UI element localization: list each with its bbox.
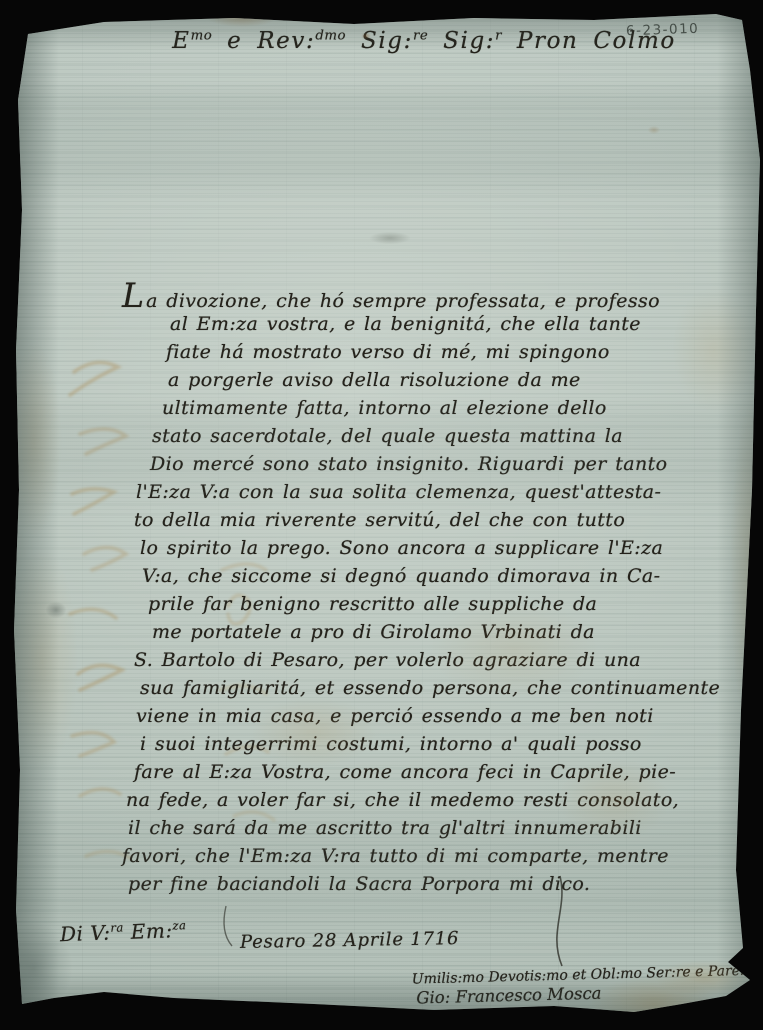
- letter-line: lo spirito la prego. Sono ancora a suppl…: [140, 534, 750, 562]
- letter-line: fare al E:za Vostra, come ancora feci in…: [134, 758, 750, 786]
- letter-line: fiate há mostrato verso di mé, mi spingo…: [166, 338, 750, 366]
- paper-sheet: 6-23-010 Emo e Rev:dmo Sig:re Sig:r Pron…: [14, 10, 762, 1022]
- heading-part: Pron Colmo: [502, 28, 676, 54]
- scanned-letter-page: 6-23-010 Emo e Rev:dmo Sig:re Sig:r Pron…: [0, 0, 763, 1030]
- letter-line: stato sacerdotale, del quale questa matt…: [152, 422, 750, 450]
- letter-line: l'E:za V:a con la sua solita clemenza, q…: [136, 478, 750, 506]
- heading-superscript: dmo: [315, 28, 346, 43]
- heading-superscript: mo: [191, 28, 213, 43]
- letter-heading: Emo e Rev:dmo Sig:re Sig:r Pron Colmo: [144, 28, 704, 54]
- closing-part: Di V:: [60, 920, 111, 946]
- letter-line: S. Bartolo di Pesaro, per volerlo agrazi…: [134, 646, 750, 674]
- letter-line: na fede, a voler far si, che il medemo r…: [126, 786, 750, 814]
- letter-body: La divozione, che hó sempre professata, …: [120, 282, 750, 898]
- letter-line: V:a, che siccome si degnó quando dimorav…: [142, 562, 750, 590]
- letter-dateline: Pesaro 28 Aprile 1716: [240, 928, 460, 953]
- heading-superscript: re: [413, 28, 428, 43]
- heading-part: Sig:: [428, 28, 495, 54]
- letter-closing: Di V:ra Em:za: [60, 918, 187, 946]
- letter-line: ultimamente fatta, intorno al elezione d…: [162, 394, 750, 422]
- heading-part: e Rev:: [212, 28, 315, 54]
- letter-line: i suoi integerrimi costumi, intorno a' q…: [140, 730, 750, 758]
- letter-line: La divozione, che hó sempre professata, …: [122, 282, 750, 310]
- heading-part: E: [172, 28, 190, 54]
- letter-signature: Umilis:mo Devotis:mo et Obl:mo Ser:re e …: [412, 961, 763, 1007]
- letter-line: prile far benigno rescritto alle supplic…: [148, 590, 750, 618]
- letter-line: Dio mercé sono stato insignito. Riguardi…: [150, 450, 750, 478]
- letter-line: a porgerle aviso della risoluzione da me: [168, 366, 750, 394]
- letter-line: il che sará da me ascritto tra gl'altri …: [128, 814, 750, 842]
- letter-line: al Em:za vostra, e la benignitá, che ell…: [170, 310, 750, 338]
- closing-superscript: ra: [110, 920, 124, 934]
- heading-part: Sig:: [346, 28, 413, 54]
- closing-part: Em:: [124, 918, 173, 944]
- letter-line: sua famigliaritá, et essendo persona, ch…: [140, 674, 750, 702]
- letter-line: per fine baciandoli la Sacra Porpora mi …: [128, 870, 750, 898]
- closing-superscript: za: [172, 918, 187, 932]
- letter-line: favori, che l'Em:za V:ra tutto di mi com…: [122, 842, 750, 870]
- letter-line: to della mia riverente servitú, del che …: [134, 506, 750, 534]
- heading-superscript: r: [495, 28, 502, 43]
- letter-line: me portatele a pro di Girolamo Vrbinati …: [152, 618, 750, 646]
- letter-line: viene in mia casa, e perció essendo a me…: [136, 702, 750, 730]
